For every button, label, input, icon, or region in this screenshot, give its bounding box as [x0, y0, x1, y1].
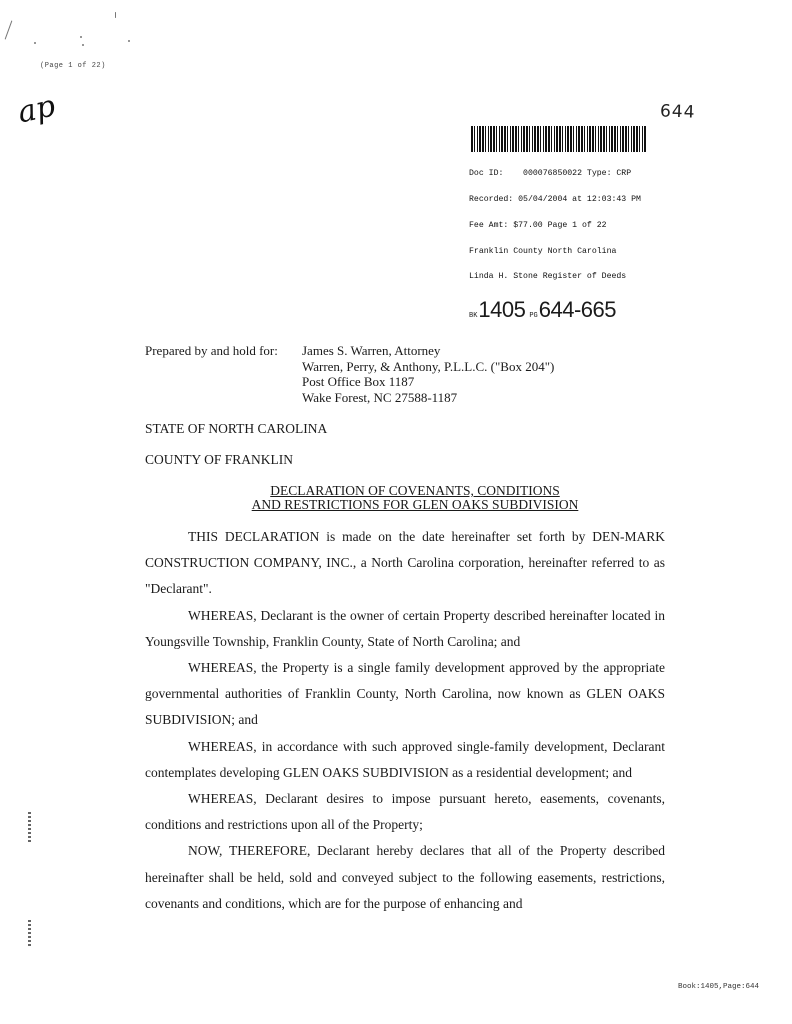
address-line: Post Office Box 1187 — [302, 374, 554, 390]
title-line: AND RESTRICTIONS FOR GLEN OAKS SUBDIVISI… — [145, 498, 685, 512]
recording-stamp: Doc ID: 000076850022 Type: CRP Recorded:… — [469, 126, 669, 327]
prepared-by-block: Prepared by and hold for: James S. Warre… — [145, 343, 554, 405]
state-heading: STATE OF NORTH CAROLINA — [145, 421, 327, 437]
recorded-line: Recorded: 05/04/2004 at 12:03:43 PM — [469, 196, 669, 205]
stamp-text: Doc ID: 000076850022 Type: CRP Recorded:… — [469, 153, 669, 299]
pg-label: PG — [529, 305, 537, 327]
scan-speck — [34, 42, 36, 44]
footer-book-page: Book:1405,Page:644 — [678, 983, 759, 991]
document-title: DECLARATION OF COVENANTS, CONDITIONS AND… — [145, 484, 685, 512]
county-line: Franklin County North Carolina — [469, 248, 669, 257]
scan-speck — [80, 36, 82, 38]
bk-label: BK — [469, 305, 477, 327]
scan-speck — [82, 44, 84, 46]
document-body: THIS DECLARATION is made on the date her… — [145, 524, 665, 917]
scan-margin-mark — [28, 812, 31, 844]
page-counter: (Page 1 of 22) — [40, 62, 106, 70]
scan-speck — [5, 20, 13, 39]
address-line: Wake Forest, NC 27588-1187 — [302, 390, 554, 406]
book-number: 1405 — [478, 299, 525, 321]
paragraph: THIS DECLARATION is made on the date her… — [145, 524, 665, 603]
paragraph: WHEREAS, Declarant is the owner of certa… — [145, 603, 665, 655]
fee-line: Fee Amt: $77.00 Page 1 of 22 — [469, 222, 669, 231]
handwritten-page-number: 644 — [660, 101, 696, 122]
paragraph: NOW, THEREFORE, Declarant hereby declare… — [145, 838, 665, 917]
prepared-by-address: James S. Warren, Attorney Warren, Perry,… — [302, 343, 554, 405]
doc-id-line: Doc ID: 000076850022 Type: CRP — [469, 170, 669, 179]
paragraph: WHEREAS, in accordance with such approve… — [145, 734, 665, 786]
book-page-reference: BK 1405 PG 644-665 — [469, 299, 669, 327]
handwritten-initials: ap — [15, 89, 59, 131]
county-heading: COUNTY OF FRANKLIN — [145, 452, 293, 468]
scan-margin-mark — [28, 920, 31, 946]
title-line: DECLARATION OF COVENANTS, CONDITIONS — [145, 484, 685, 498]
register-line: Linda H. Stone Register of Deeds — [469, 273, 669, 282]
address-line: Warren, Perry, & Anthony, P.L.L.C. ("Box… — [302, 359, 554, 375]
paragraph: WHEREAS, the Property is a single family… — [145, 655, 665, 734]
barcode — [471, 126, 646, 152]
page-range: 644-665 — [539, 299, 616, 321]
paragraph: WHEREAS, Declarant desires to impose pur… — [145, 786, 665, 838]
scan-speck — [115, 12, 116, 18]
prepared-by-label: Prepared by and hold for: — [145, 343, 302, 405]
address-line: James S. Warren, Attorney — [302, 343, 554, 359]
scan-speck — [128, 40, 130, 42]
